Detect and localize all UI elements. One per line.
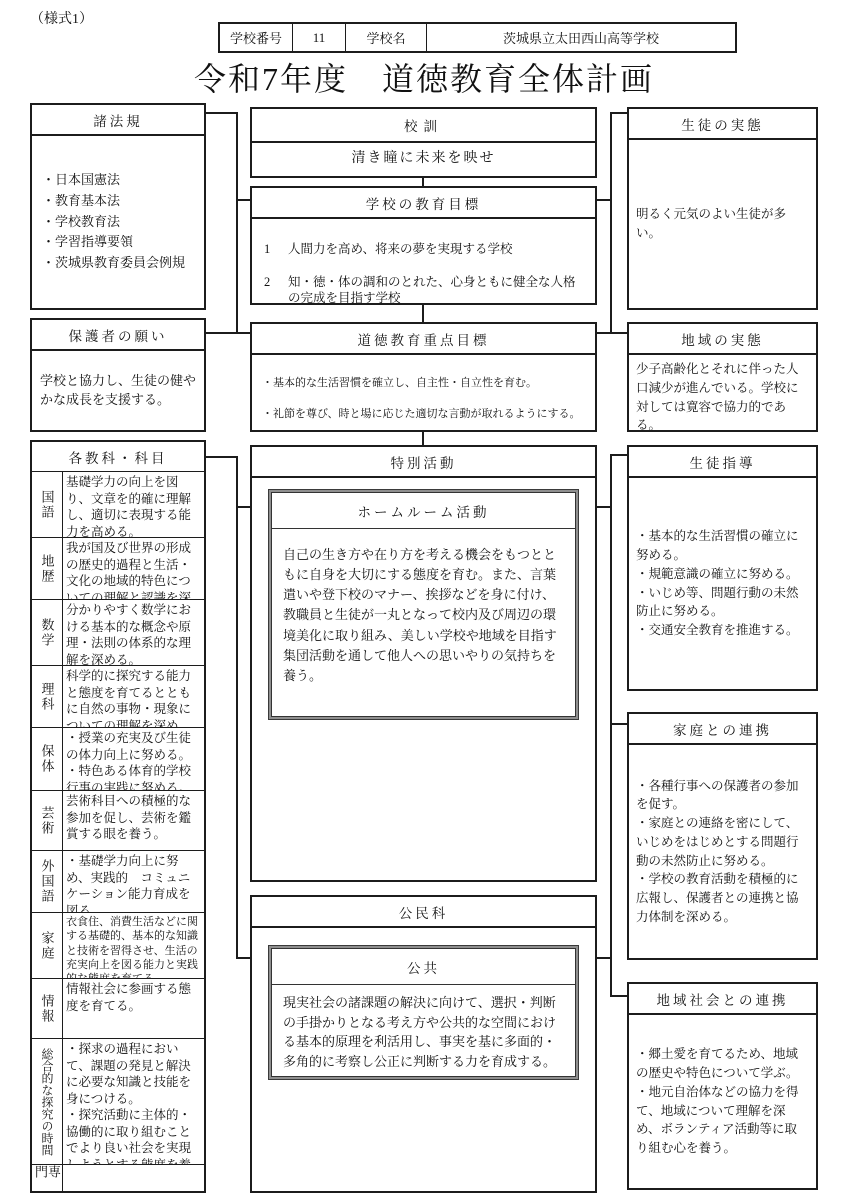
- community-cooperation-title: 地域社会との連携: [629, 984, 816, 1015]
- list-item: ・交通安全教育を推進する。: [636, 621, 809, 640]
- connector-line: [236, 957, 252, 959]
- connector-line: [236, 506, 252, 508]
- subject-label: 外国語: [32, 851, 63, 912]
- region-reality-box: 地域の実態 少子高齢化とそれに伴った人口減少が進んでいる。学校に対しては寛容で協…: [627, 322, 818, 432]
- students-reality-title: 生徒の実態: [629, 109, 816, 140]
- list-item: ・日本国憲法: [42, 170, 196, 191]
- connector-line: [236, 199, 252, 201]
- subject-text: 我が国及び世界の形成の歴史的過程と生活・文化の地域的特色についての理解と認識を深…: [63, 538, 204, 599]
- subject-label: 保体: [32, 728, 63, 790]
- subject-row: 総合的な探究の時間 ・探求の過程において、課題の発見と解決に必要な知識と技能を身…: [32, 1038, 204, 1164]
- connector-line: [596, 199, 612, 201]
- list-item: ・地元自治体などの協力を得て、地域について理解を深め、ボランティア活動等に取り組…: [636, 1083, 809, 1158]
- students-reality-body: 明るく元気のよい生徒が多い。: [629, 140, 816, 308]
- subject-text: 科学的に探究する能力と態度を育てるとともに自然の事物・現象についての理解を深める…: [63, 666, 204, 727]
- moral-education-goals-box: 道徳教育重点目標 ・基本的な生活習慣を確立し、自主性・自立性を育む。 ・礼節を尊…: [250, 322, 597, 432]
- region-reality-body: 少子高齢化とそれに伴った人口減少が進んでいる。学校に対しては寛容で協力的である。: [629, 355, 816, 430]
- school-goals-body: 1人間力を高め、将来の夢を実現する学校 2知・徳・体の調和のとれた、心身ともに健…: [252, 219, 595, 303]
- connector-line: [206, 112, 238, 114]
- subject-text: [63, 1165, 204, 1191]
- list-item: ・いじめ等、問題行動の未然防止に努める。: [636, 584, 809, 622]
- public-course-body: 現実社会の諸課題の解決に向けて、選択・判断の手掛かりとなる考え方や公共的な空間に…: [272, 985, 575, 1081]
- family-cooperation-body: ・各種行事への保護者の参加を促す。 ・家庭との連絡を密にして、いじめをはじめとす…: [629, 745, 816, 958]
- subjects-title: 各教科・科目: [32, 442, 204, 471]
- civics-title: 公民科: [252, 897, 595, 928]
- special-activities-title: 特別活動: [252, 447, 595, 478]
- connector-line: [610, 112, 628, 114]
- school-info-table: 学校番号 11 学校名 茨城県立太田西山高等学校: [218, 22, 737, 53]
- school-number-value: 11: [292, 24, 345, 51]
- parents-wish-title: 保護者の願い: [32, 320, 204, 351]
- community-cooperation-body: ・郷土愛を育てるため、地域の歴史や特色について学ぶ。 ・地元自治体などの協力を得…: [629, 1015, 816, 1188]
- connector-line: [236, 456, 238, 959]
- student-guidance-body: ・基本的な生活習慣の確立に努める。 ・規範意識の確立に努める。 ・いじめ等、問題…: [629, 478, 816, 689]
- list-item: ・郷土愛を育てるため、地域の歴史や特色について学ぶ。: [636, 1045, 809, 1083]
- connector-line: [206, 332, 252, 334]
- subject-label: 地歴: [32, 538, 63, 599]
- school-name-label: 学校名: [345, 24, 426, 51]
- subject-label: 家庭: [32, 913, 63, 978]
- parents-wish-box: 保護者の願い 学校と協力し、生徒の健やかな成長を支援する。: [30, 318, 206, 432]
- school-motto-box: 校訓 清き瞳に未来を映せ: [250, 107, 597, 178]
- list-item: ・教育基本法: [42, 191, 196, 212]
- list-item: ・学習指導要領: [42, 232, 196, 253]
- subject-label: 情報: [32, 979, 63, 1038]
- school-motto-body: 清き瞳に未来を映せ: [252, 143, 595, 176]
- subjects-box: 各教科・科目 国語 基礎学力の向上を図り、文章を的確に理解し、適切に表現する能力…: [30, 440, 206, 1193]
- list-item: ・礼節を尊び、時と場に応じた適切な言動が取れるようにする。: [262, 407, 587, 422]
- connector-line: [596, 506, 612, 508]
- student-guidance-box: 生徒指導 ・基本的な生活習慣の確立に努める。 ・規範意識の確立に努める。 ・いじ…: [627, 445, 818, 691]
- region-reality-title: 地域の実態: [629, 324, 816, 355]
- family-cooperation-box: 家庭との連携 ・各種行事への保護者の参加を促す。 ・家庭との連絡を密にして、いじ…: [627, 712, 818, 960]
- subject-label: 総合的な探究の時間: [32, 1039, 63, 1164]
- school-number-label: 学校番号: [220, 24, 292, 51]
- subject-row: 家庭 衣食住、消費生活などに関する基礎的、基本的な知識と技術を習得させ、生活の充…: [32, 912, 204, 978]
- subject-text: 分かりやすく数学における基本的な概念や原理・法則の体系的な理解を深める。: [63, 600, 204, 665]
- list-item: ・茨城県教育委員会例規: [42, 253, 196, 274]
- connector-line: [596, 332, 628, 334]
- subject-text: ・基礎学力向上に努め、実践的 コミュニケーション能力育成を図る。 ・評価の工夫に…: [63, 851, 204, 912]
- parents-wish-body: 学校と協力し、生徒の健やかな成長を支援する。: [32, 351, 204, 430]
- connector-line: [422, 178, 424, 188]
- special-activities-body: ホームルーム活動 自己の生き方や在り方を考える機会をもつとともに自身を大切にする…: [252, 478, 595, 721]
- subject-text: 芸術科目への積極的な参加を促し、芸術を鑑賞する眼を養う。: [63, 791, 204, 850]
- connector-line: [610, 995, 628, 997]
- subject-label: 専門: [32, 1165, 63, 1191]
- subject-text: 情報社会に参画する態度を育てる。: [63, 979, 204, 1038]
- list-item: ・基本的な生活習慣を確立し、自主性・自立性を育む。: [262, 376, 587, 391]
- subject-row: 専門: [32, 1164, 204, 1191]
- subject-row: 外国語 ・基礎学力向上に努め、実践的 コミュニケーション能力育成を図る。 ・評価…: [32, 850, 204, 912]
- connector-line: [206, 456, 238, 458]
- school-motto-title: 校訓: [252, 109, 595, 143]
- connector-line: [596, 957, 612, 959]
- moral-education-goals-title: 道徳教育重点目標: [252, 324, 595, 355]
- subject-text: 基礎学力の向上を図り、文章を的確に理解し、適切に表現する能力を高める。: [63, 472, 204, 537]
- goal-item: 2知・徳・体の調和のとれた、心身ともに健全な人格の完成を目指す学校: [264, 274, 587, 303]
- laws-box: 諸法規 ・日本国憲法 ・教育基本法 ・学校教育法 ・学習指導要領 ・茨城県教育委…: [30, 103, 206, 310]
- students-reality-box: 生徒の実態 明るく元気のよい生徒が多い。: [627, 107, 818, 310]
- subject-row: 芸術 芸術科目への積極的な参加を促し、芸術を鑑賞する眼を養う。: [32, 790, 204, 850]
- moral-education-plan-page: （様式1） 学校番号 11 学校名 茨城県立太田西山高等学校 令和7年度 道徳教…: [0, 0, 848, 1200]
- family-cooperation-title: 家庭との連携: [629, 714, 816, 745]
- subject-label: 数学: [32, 600, 63, 665]
- page-title: 令和7年度 道徳教育全体計画: [0, 54, 848, 100]
- connector-line: [610, 723, 628, 725]
- homeroom-activities-body: 自己の生き方や在り方を考える機会をもつとともに自身を大切にする態度を育む。また、…: [272, 529, 575, 696]
- list-item: ・学校教育法: [42, 212, 196, 233]
- school-goals-title: 学校の教育目標: [252, 188, 595, 219]
- list-item: ・基本的な生活習慣の確立に努める。: [636, 527, 809, 565]
- subject-label: 国語: [32, 472, 63, 537]
- connector-line: [422, 430, 424, 447]
- public-course-box: 公共 現実社会の諸課題の解決に向けて、選択・判断の手掛かりとなる考え方や公共的な…: [271, 948, 576, 1077]
- connector-line: [236, 112, 238, 334]
- list-item: ・家庭との連絡を密にして、いじめをはじめとする問題行動の未然防止に努める。: [636, 814, 809, 870]
- student-guidance-title: 生徒指導: [629, 447, 816, 478]
- homeroom-activities-title: ホームルーム活動: [272, 493, 575, 529]
- subject-row: 国語 基礎学力の向上を図り、文章を的確に理解し、適切に表現する能力を高める。: [32, 471, 204, 537]
- connector-line: [610, 454, 612, 997]
- public-course-title: 公共: [272, 949, 575, 985]
- connector-line: [610, 112, 612, 334]
- subject-text: 衣食住、消費生活などに関する基礎的、基本的な知識と技術を習得させ、生活の充実向上…: [63, 913, 204, 978]
- connector-line: [610, 454, 628, 456]
- subject-row: 理科 科学的に探究する能力と態度を育てるとともに自然の事物・現象についての理解を…: [32, 665, 204, 727]
- laws-box-body: ・日本国憲法 ・教育基本法 ・学校教育法 ・学習指導要領 ・茨城県教育委員会例規: [32, 136, 204, 308]
- subject-label: 芸術: [32, 791, 63, 850]
- subject-text: ・授業の充実及び生徒の体力向上に努める。 ・特色ある体育的学校行事の実践に努める…: [63, 728, 204, 790]
- school-goals-box: 学校の教育目標 1人間力を高め、将来の夢を実現する学校 2知・徳・体の調和のとれ…: [250, 186, 597, 305]
- list-item: ・各種行事への保護者の参加を促す。: [636, 777, 809, 815]
- civics-body: 公共 現実社会の諸課題の解決に向けて、選択・判断の手掛かりとなる考え方や公共的な…: [252, 928, 595, 1081]
- homeroom-activities-box: ホームルーム活動 自己の生き方や在り方を考える機会をもつとともに自身を大切にする…: [271, 492, 576, 717]
- subject-text: ・探求の過程において、課題の発見と解決に必要な知識と技能を身につける。 ・探究活…: [63, 1039, 204, 1164]
- list-item: ・学校の教育活動を積極的に広報し、保護者との連携と協力体制を深める。: [636, 870, 809, 926]
- goal-item: 1人間力を高め、将来の夢を実現する学校: [264, 241, 587, 257]
- school-name-value: 茨城県立太田西山高等学校: [426, 24, 735, 51]
- civics-box: 公民科 公共 現実社会の諸課題の解決に向けて、選択・判断の手掛かりとなる考え方や…: [250, 895, 597, 1193]
- form-style-label: （様式1）: [30, 8, 93, 28]
- subject-label: 理科: [32, 666, 63, 727]
- special-activities-box: 特別活動 ホームルーム活動 自己の生き方や在り方を考える機会をもつとともに自身を…: [250, 445, 597, 882]
- connector-line: [422, 305, 424, 324]
- moral-education-goals-body: ・基本的な生活習慣を確立し、自主性・自立性を育む。 ・礼節を尊び、時と場に応じた…: [252, 355, 595, 430]
- subject-row: 地歴 我が国及び世界の形成の歴史的過程と生活・文化の地域的特色についての理解と認…: [32, 537, 204, 599]
- subject-row: 数学 分かりやすく数学における基本的な概念や原理・法則の体系的な理解を深める。: [32, 599, 204, 665]
- list-item: ・規範意識の確立に努める。: [636, 565, 809, 584]
- laws-box-title: 諸法規: [32, 105, 204, 136]
- subject-row: 保体 ・授業の充実及び生徒の体力向上に努める。 ・特色ある体育的学校行事の実践に…: [32, 727, 204, 790]
- community-cooperation-box: 地域社会との連携 ・郷土愛を育てるため、地域の歴史や特色について学ぶ。 ・地元自…: [627, 982, 818, 1190]
- subject-row: 情報 情報社会に参画する態度を育てる。: [32, 978, 204, 1038]
